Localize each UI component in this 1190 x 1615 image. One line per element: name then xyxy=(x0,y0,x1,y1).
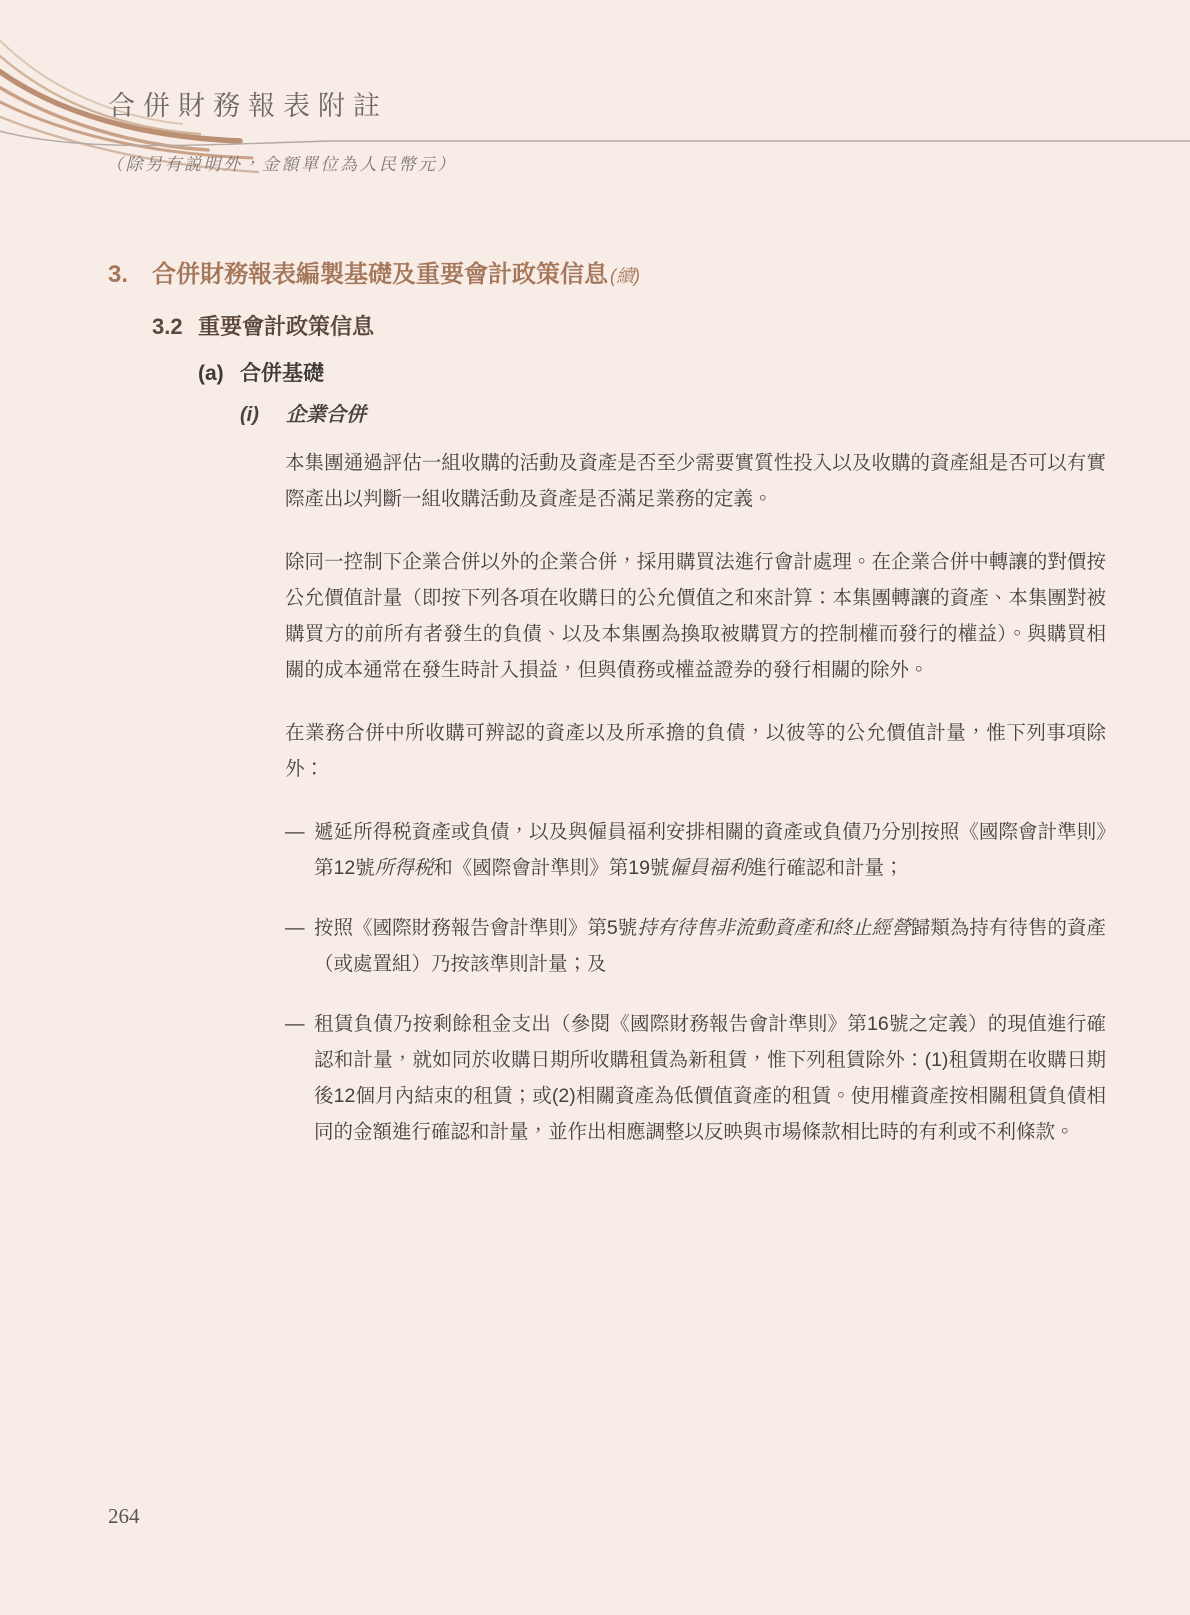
heading-subsection-3-2: 3.2 重要會計政策信息 xyxy=(152,313,1106,341)
bullet-segment: 租賃負債乃按剩餘租金支出（參閱《國際財務報告會計準則》第16號之定義）的現值進行… xyxy=(314,1013,1106,1143)
bullet-held-for-sale: — 按照《國際財務報告會計準則》第5號持有待售非流動資產和終止經營歸類為持有待售… xyxy=(285,910,1106,982)
bullet-segment: 和《國際會計準則》第19號 xyxy=(433,857,669,879)
heading-item-a: (a) 合併基礎 xyxy=(198,361,1106,387)
report-section-title: 合併財務報表附註 xyxy=(108,84,388,123)
item-a-label: (a) xyxy=(198,361,240,387)
continued-marker: (續) xyxy=(610,266,640,286)
paragraph-business-definition: 本集團通過評估一組收購的活動及資產是否至少需要實質性投入以及收購的資產組是否可以… xyxy=(285,445,1106,517)
bullet-dash: — xyxy=(285,910,314,982)
heading-item-i: (i) 企業合併 xyxy=(240,402,1106,428)
page-number: 264 xyxy=(108,1504,140,1529)
item-a-title: 合併基礎 xyxy=(240,361,324,387)
bullet-lease-liabilities: — 租賃負債乃按剩餘租金支出（參閱《國際財務報告會計準則》第16號之定義）的現值… xyxy=(285,1006,1106,1150)
document-page: 合併財務報表附註 （除另有説明外，金額單位為人民幣元） 3. 合併財務報表編製基… xyxy=(0,0,1190,1615)
bullet-segment-standard-name: 所得税 xyxy=(375,857,434,879)
paragraph-fair-value-exceptions: 在業務合併中所收購可辨認的資產以及所承擔的負債，以彼等的公允價值計量，惟下列事項… xyxy=(285,715,1106,787)
section-title: 合併財務報表編製基礎及重要會計政策信息 xyxy=(152,261,608,288)
bullet-segment-standard-name: 持有待售非流動資產和終止經營 xyxy=(637,917,910,939)
bullet-text: 遞延所得税資產或負債，以及與僱員福利安排相關的資產或負債乃分別按照《國際會計準則… xyxy=(314,814,1106,886)
heading-section-3: 3. 合併財務報表編製基礎及重要會計政策信息(續) xyxy=(108,260,1106,291)
subsection-title: 重要會計政策信息 xyxy=(198,313,374,341)
bullet-segment-standard-name: 僱員福利 xyxy=(669,857,747,879)
currency-note-subtitle: （除另有説明外，金額單位為人民幣元） xyxy=(106,150,457,175)
bullet-text: 按照《國際財務報告會計準則》第5號持有待售非流動資產和終止經營歸類為持有待售的資… xyxy=(314,910,1106,982)
bullet-dash: — xyxy=(285,1006,314,1150)
note-content: 3. 合併財務報表編製基礎及重要會計政策信息(續) 3.2 重要會計政策信息 (… xyxy=(108,260,1106,1174)
item-i-label: (i) xyxy=(240,402,286,428)
bullet-segment: 按照《國際財務報告會計準則》第5號 xyxy=(314,917,637,939)
subsection-number: 3.2 xyxy=(152,313,198,341)
body-text-column: 本集團通過評估一組收購的活動及資產是否至少需要實質性投入以及收購的資產組是否可以… xyxy=(285,445,1106,1150)
bullet-dash: — xyxy=(285,814,314,886)
bullet-deferred-tax: — 遞延所得税資產或負債，以及與僱員福利安排相關的資產或負債乃分別按照《國際會計… xyxy=(285,814,1106,886)
bullet-segment: 進行確認和計量； xyxy=(747,857,903,879)
section-number: 3. xyxy=(108,260,152,290)
item-i-title: 企業合併 xyxy=(286,402,366,428)
bullet-text: 租賃負債乃按剩餘租金支出（參閱《國際財務報告會計準則》第16號之定義）的現值進行… xyxy=(314,1006,1106,1150)
paragraph-purchase-method: 除同一控制下企業合併以外的企業合併，採用購買法進行會計處理。在企業合併中轉讓的對… xyxy=(285,544,1106,688)
section-title-wrap: 合併財務報表編製基礎及重要會計政策信息(續) xyxy=(152,260,640,291)
